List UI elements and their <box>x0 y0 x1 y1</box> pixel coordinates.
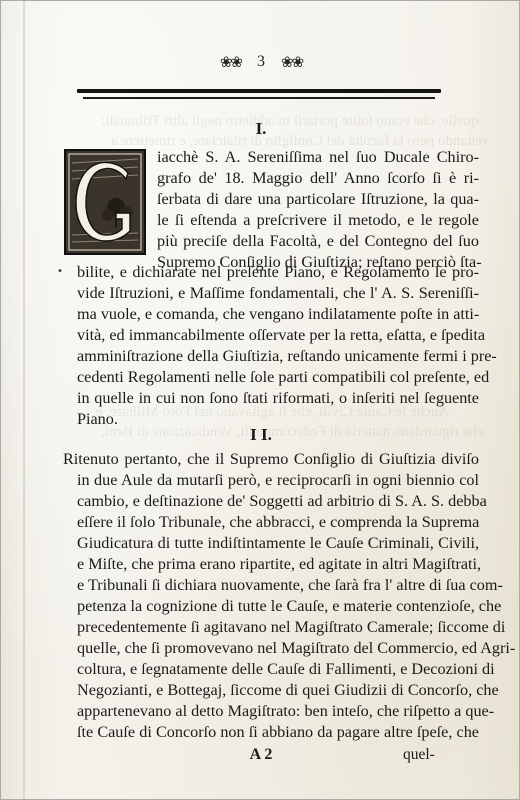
text-line: petenza la cognizione di tutte le Cauſe,… <box>77 597 479 616</box>
fleuron-left-icon: ❀❀ <box>220 53 241 71</box>
text-line: vide Iſtruzioni, e Maſſime fondamentali,… <box>77 284 479 303</box>
text-line: eſſere il ſolo Tribunale, che abbracci, … <box>77 513 479 532</box>
document-page: quelle, che erano ſolite portarſi in add… <box>0 0 520 800</box>
text-line: bilite, e dichiarate nel preſente Piano,… <box>77 263 479 282</box>
page-number: 3 <box>257 53 265 71</box>
text-line: vità, ed immancabilmente oſſervate per l… <box>77 326 479 345</box>
catchword: quel- <box>403 746 435 764</box>
text-line: e Tribunali ſi dichiara nuovamente, che … <box>77 576 479 595</box>
text-line: in quelle in cui non ſono ſtati riformat… <box>77 389 479 408</box>
running-head: ❀❀ 3 ❀❀ <box>1 53 520 71</box>
text-line: iacchè S. A. Sereniſſima nel ſuo Ducale … <box>157 148 479 167</box>
text-line: ſte Cauſe di Concorſo non ſi abbiano da … <box>77 723 479 742</box>
text-line: cambio, e deſtinazione de' Soggetti ad a… <box>77 492 479 511</box>
text-line: in due Aule da mutarſi però, e reciproca… <box>77 471 479 490</box>
fleuron-right-icon: ❀❀ <box>281 53 302 71</box>
text-line: appartenevano al detto Magiſtrato: ben i… <box>77 702 479 721</box>
section-heading-2: I I. <box>1 425 520 445</box>
text-line: coltura, e ſegnatamente delle Cauſe di F… <box>77 660 479 679</box>
text-line: quelle, che ſi promovevano nel Magiſtrat… <box>77 639 479 658</box>
text-line: Negozianti, e Bottegaj, ſiccome di quei … <box>77 681 479 700</box>
text-line: precedentemente ſi agitavano nel Magiſtr… <box>77 618 479 637</box>
text-line: Giudicatura di tutte indiſtintamente le … <box>77 534 479 553</box>
head-rule-thin <box>83 97 435 99</box>
text-line: amminiſtrazione della Giuſtizia, reſtand… <box>77 347 479 366</box>
text-line: ma vuole, e comanda, che vengano indilat… <box>77 305 479 324</box>
head-rule-thick <box>77 89 441 93</box>
margin-mark: • <box>57 266 63 277</box>
text-line: grafo de' 18. Maggio dell' Anno ſcorſo ſ… <box>157 169 479 188</box>
text-line: le ſi eſtenda a preſcrivere il metodo, e… <box>157 211 479 230</box>
text-line: e Miſte, che prima erano ripartite, ed a… <box>77 555 479 574</box>
signature-mark: A 2 <box>1 746 520 764</box>
text-line: cedenti Regolamenti nelle ſole parti com… <box>77 368 479 387</box>
text-line: ſerbata di dare una particolare Iſtruzio… <box>157 190 479 209</box>
text-line: Ritenuto pertanto, che il Supremo Conſig… <box>63 450 479 469</box>
section-heading-1: I. <box>1 119 520 139</box>
text-line: più preciſe della Facoltà, e del Contegn… <box>157 232 479 251</box>
drop-cap-g-icon <box>64 149 146 255</box>
